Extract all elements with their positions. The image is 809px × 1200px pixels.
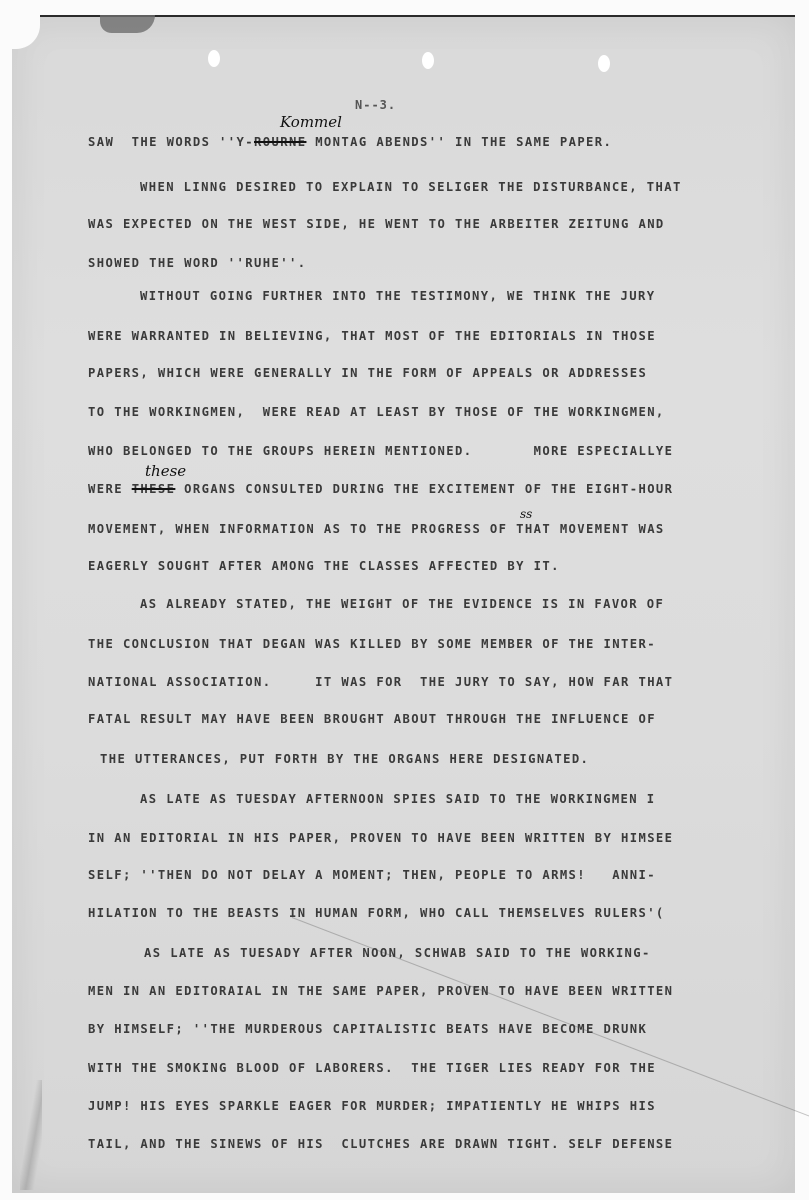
text-line: AS LATE AS TUESADY AFTER NOON, SCHWAB SA… <box>144 947 651 959</box>
text-line: WERE THESE ORGANS CONSULTED DURING THE E… <box>88 483 673 495</box>
text-line: JUMP! HIS EYES SPARKLE EAGER FOR MURDER;… <box>88 1100 656 1112</box>
text-segment: SAW THE WORDS ''Y- <box>88 135 254 149</box>
text-line: AS LATE AS TUESDAY AFTERNOON SPIES SAID … <box>140 793 656 805</box>
text-line: BY HIMSELF; ''THE MURDEROUS CAPITALISTIC… <box>88 1023 647 1035</box>
text-line: THE UTTERANCES, PUT FORTH BY THE ORGANS … <box>100 753 589 765</box>
text-line: NATIONAL ASSOCIATION. IT WAS FOR THE JUR… <box>88 676 673 688</box>
text-line: SELF; ''THEN DO NOT DELAY A MOMENT; THEN… <box>88 869 656 881</box>
paper-tear <box>20 1080 42 1190</box>
text-line: WERE WARRANTED IN BELIEVING, THAT MOST O… <box>88 330 656 342</box>
struck-text: ROURNE <box>254 135 306 149</box>
text-line: SAW THE WORDS ''Y-ROURNE MONTAG ABENDS''… <box>88 136 612 148</box>
text-line: FATAL RESULT MAY HAVE BEEN BROUGHT ABOUT… <box>88 713 656 725</box>
page-number: N--3. <box>355 98 396 112</box>
struck-text: THESE <box>132 482 176 496</box>
text-line: MOVEMENT, WHEN INFORMATION AS TO THE PRO… <box>88 523 665 535</box>
text-line: SHOWED THE WORD ''RUHE''. <box>88 257 306 269</box>
text-segment: ORGANS CONSULTED DURING THE EXCITEMENT O… <box>175 482 673 496</box>
text-line: TO THE WORKINGMEN, WERE READ AT LEAST BY… <box>88 406 665 418</box>
text-line: AS ALREADY STATED, THE WEIGHT OF THE EVI… <box>140 598 664 610</box>
punch-hole <box>208 50 220 67</box>
text-line: WHEN LINNG DESIRED TO EXPLAIN TO SELIGER… <box>140 181 682 193</box>
text-segment: WERE <box>88 482 132 496</box>
text-segment: MONTAG ABENDS'' IN THE SAME PAPER. <box>306 135 612 149</box>
text-line: PAPERS, WHICH WERE GENERALLY IN THE FORM… <box>88 367 647 379</box>
punch-hole <box>422 52 434 69</box>
handwritten-insertion: these <box>145 464 186 479</box>
text-line: WAS EXPECTED ON THE WEST SIDE, HE WENT T… <box>88 218 665 230</box>
text-line: HILATION TO THE BEASTS IN HUMAN FORM, WH… <box>88 907 665 919</box>
text-line: WHO BELONGED TO THE GROUPS HEREIN MENTIO… <box>88 445 673 457</box>
text-line: WITHOUT GOING FURTHER INTO THE TESTIMONY… <box>140 290 656 302</box>
text-line: MEN IN AN EDITORAIAL IN THE SAME PAPER, … <box>88 985 673 997</box>
handwritten-correction: ss <box>520 508 532 520</box>
handwritten-insertion: Kommel <box>280 115 342 130</box>
punch-hole <box>598 55 610 72</box>
text-line: WITH THE SMOKING BLOOD OF LABORERS. THE … <box>88 1062 656 1074</box>
text-line: IN AN EDITORIAL IN HIS PAPER, PROVEN TO … <box>88 832 673 844</box>
text-line: THE CONCLUSION THAT DEGAN WAS KILLED BY … <box>88 638 656 650</box>
text-line: EAGERLY SOUGHT AFTER AMONG THE CLASSES A… <box>88 560 560 572</box>
text-line: TAIL, AND THE SINEWS OF HIS CLUTCHES ARE… <box>88 1138 673 1150</box>
